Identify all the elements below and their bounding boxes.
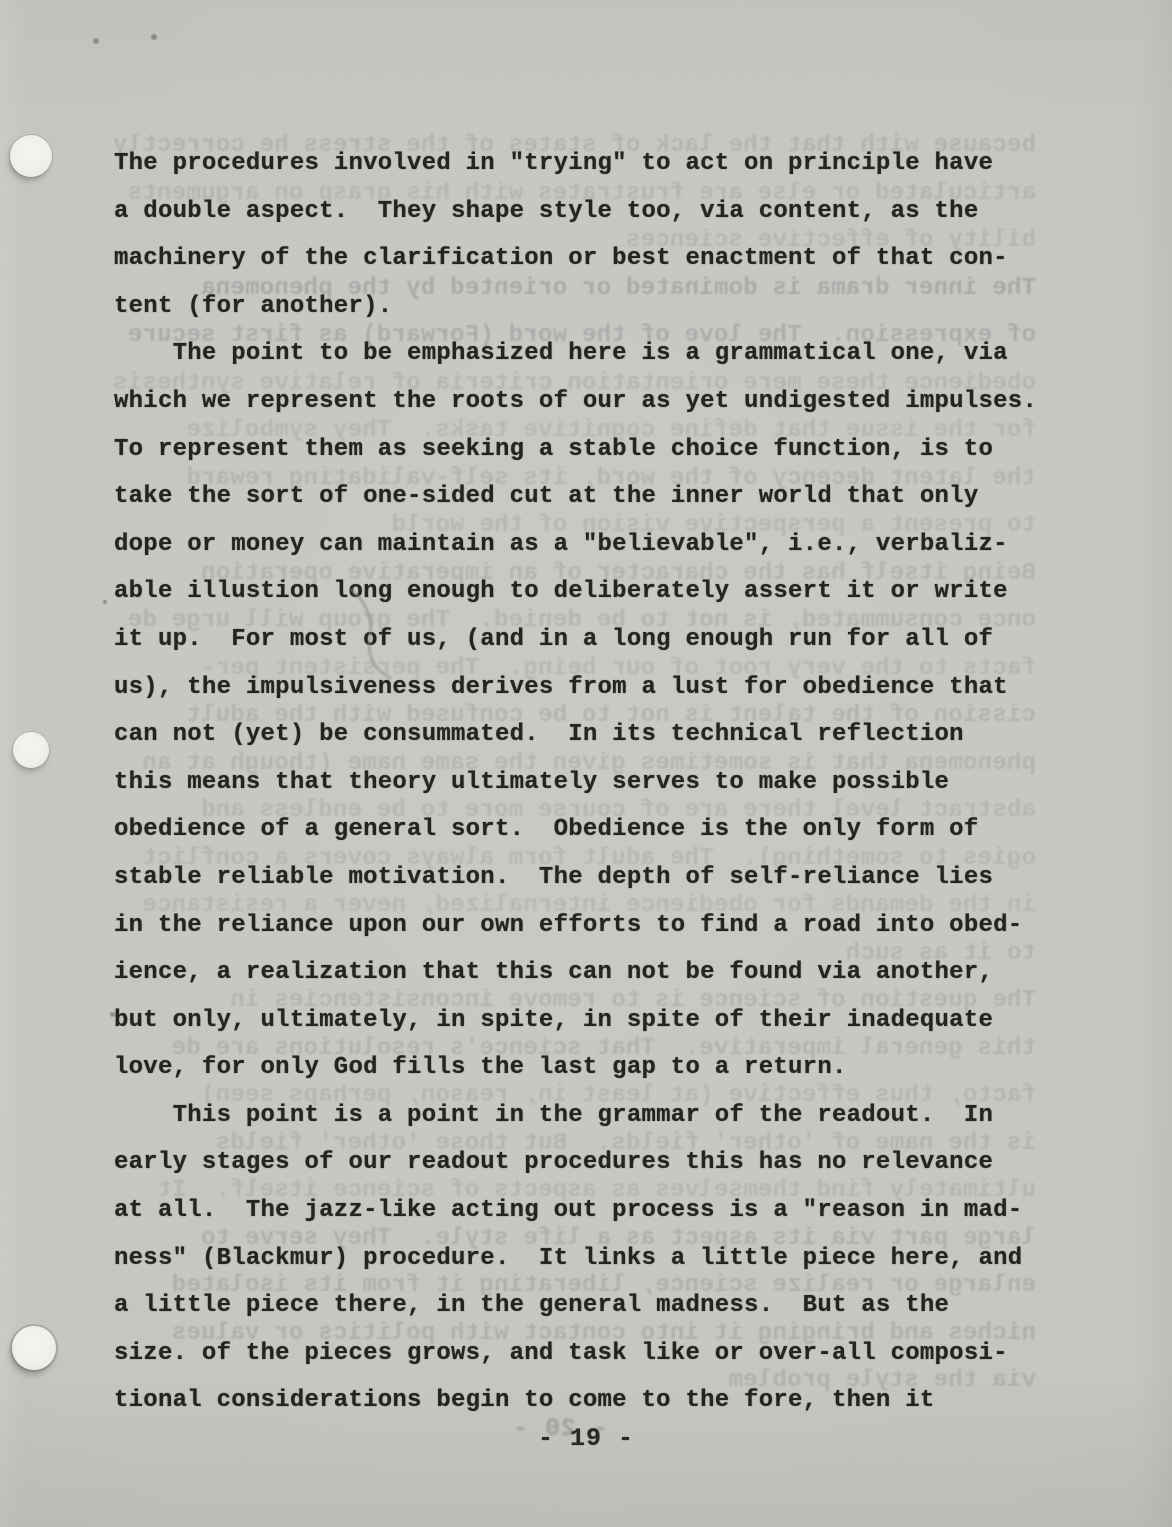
- text-line: To represent them as seeking a stable ch…: [114, 426, 1054, 474]
- text-line: it up. For most of us, (and in a long en…: [114, 616, 1054, 664]
- ink-speck: [151, 34, 157, 40]
- text-line: which we represent the roots of our as y…: [114, 378, 1054, 426]
- text-line: take the sort of one-sided cut at the in…: [114, 473, 1054, 521]
- text-line: love, for only God fills the last gap to…: [114, 1044, 1054, 1092]
- text-line: obedience of a general sort. Obedience i…: [114, 806, 1054, 854]
- text-line: this means that theory ultimately serves…: [114, 759, 1054, 807]
- text-line: a double aspect. They shape style too, v…: [114, 188, 1054, 236]
- text-line: machinery of the clarification or best e…: [114, 235, 1054, 283]
- text-line: a little piece there, in the general mad…: [114, 1282, 1054, 1330]
- text-line: in the reliance upon our own efforts to …: [114, 902, 1054, 950]
- punch-hole: [13, 732, 49, 768]
- ink-speck: [103, 600, 107, 604]
- punch-hole: [12, 1326, 56, 1370]
- text-line: tent (for another).: [114, 283, 1054, 331]
- text-line: This point is a point in the grammar of …: [114, 1092, 1054, 1140]
- text-line: The procedures involved in "trying" to a…: [114, 140, 1054, 188]
- text-line: but only, ultimately, in spite, in spite…: [114, 997, 1054, 1045]
- text-line: tional considerations begin to come to t…: [114, 1377, 1054, 1425]
- ink-speck: [93, 38, 99, 44]
- typewritten-text: The procedures involved in "trying" to a…: [114, 140, 1054, 1425]
- ink-speck: [110, 1012, 115, 1017]
- text-line: us), the impulsiveness derives from a lu…: [114, 664, 1054, 712]
- text-line: dope or money can maintain as a "believa…: [114, 521, 1054, 569]
- text-line: able illustion long enough to deliberate…: [114, 568, 1054, 616]
- text-line: stable reliable motivation. The depth of…: [114, 854, 1054, 902]
- text-line: ience, a realization that this can not b…: [114, 949, 1054, 997]
- text-line: can not (yet) be consummated. In its tec…: [114, 711, 1054, 759]
- text-line: size. of the pieces grows, and task like…: [114, 1330, 1054, 1378]
- text-line: early stages of our readout procedures t…: [114, 1139, 1054, 1187]
- scanned-page: because with that the lack of states of …: [0, 0, 1172, 1527]
- text-line: The point to be emphasized here is a gra…: [114, 330, 1054, 378]
- text-line: at all. The jazz-like acting out process…: [114, 1187, 1054, 1235]
- text-line: ness" (Blackmur) procedure. It links a l…: [114, 1235, 1054, 1283]
- page-number: - 19 -: [0, 1424, 1172, 1453]
- punch-hole: [10, 135, 52, 177]
